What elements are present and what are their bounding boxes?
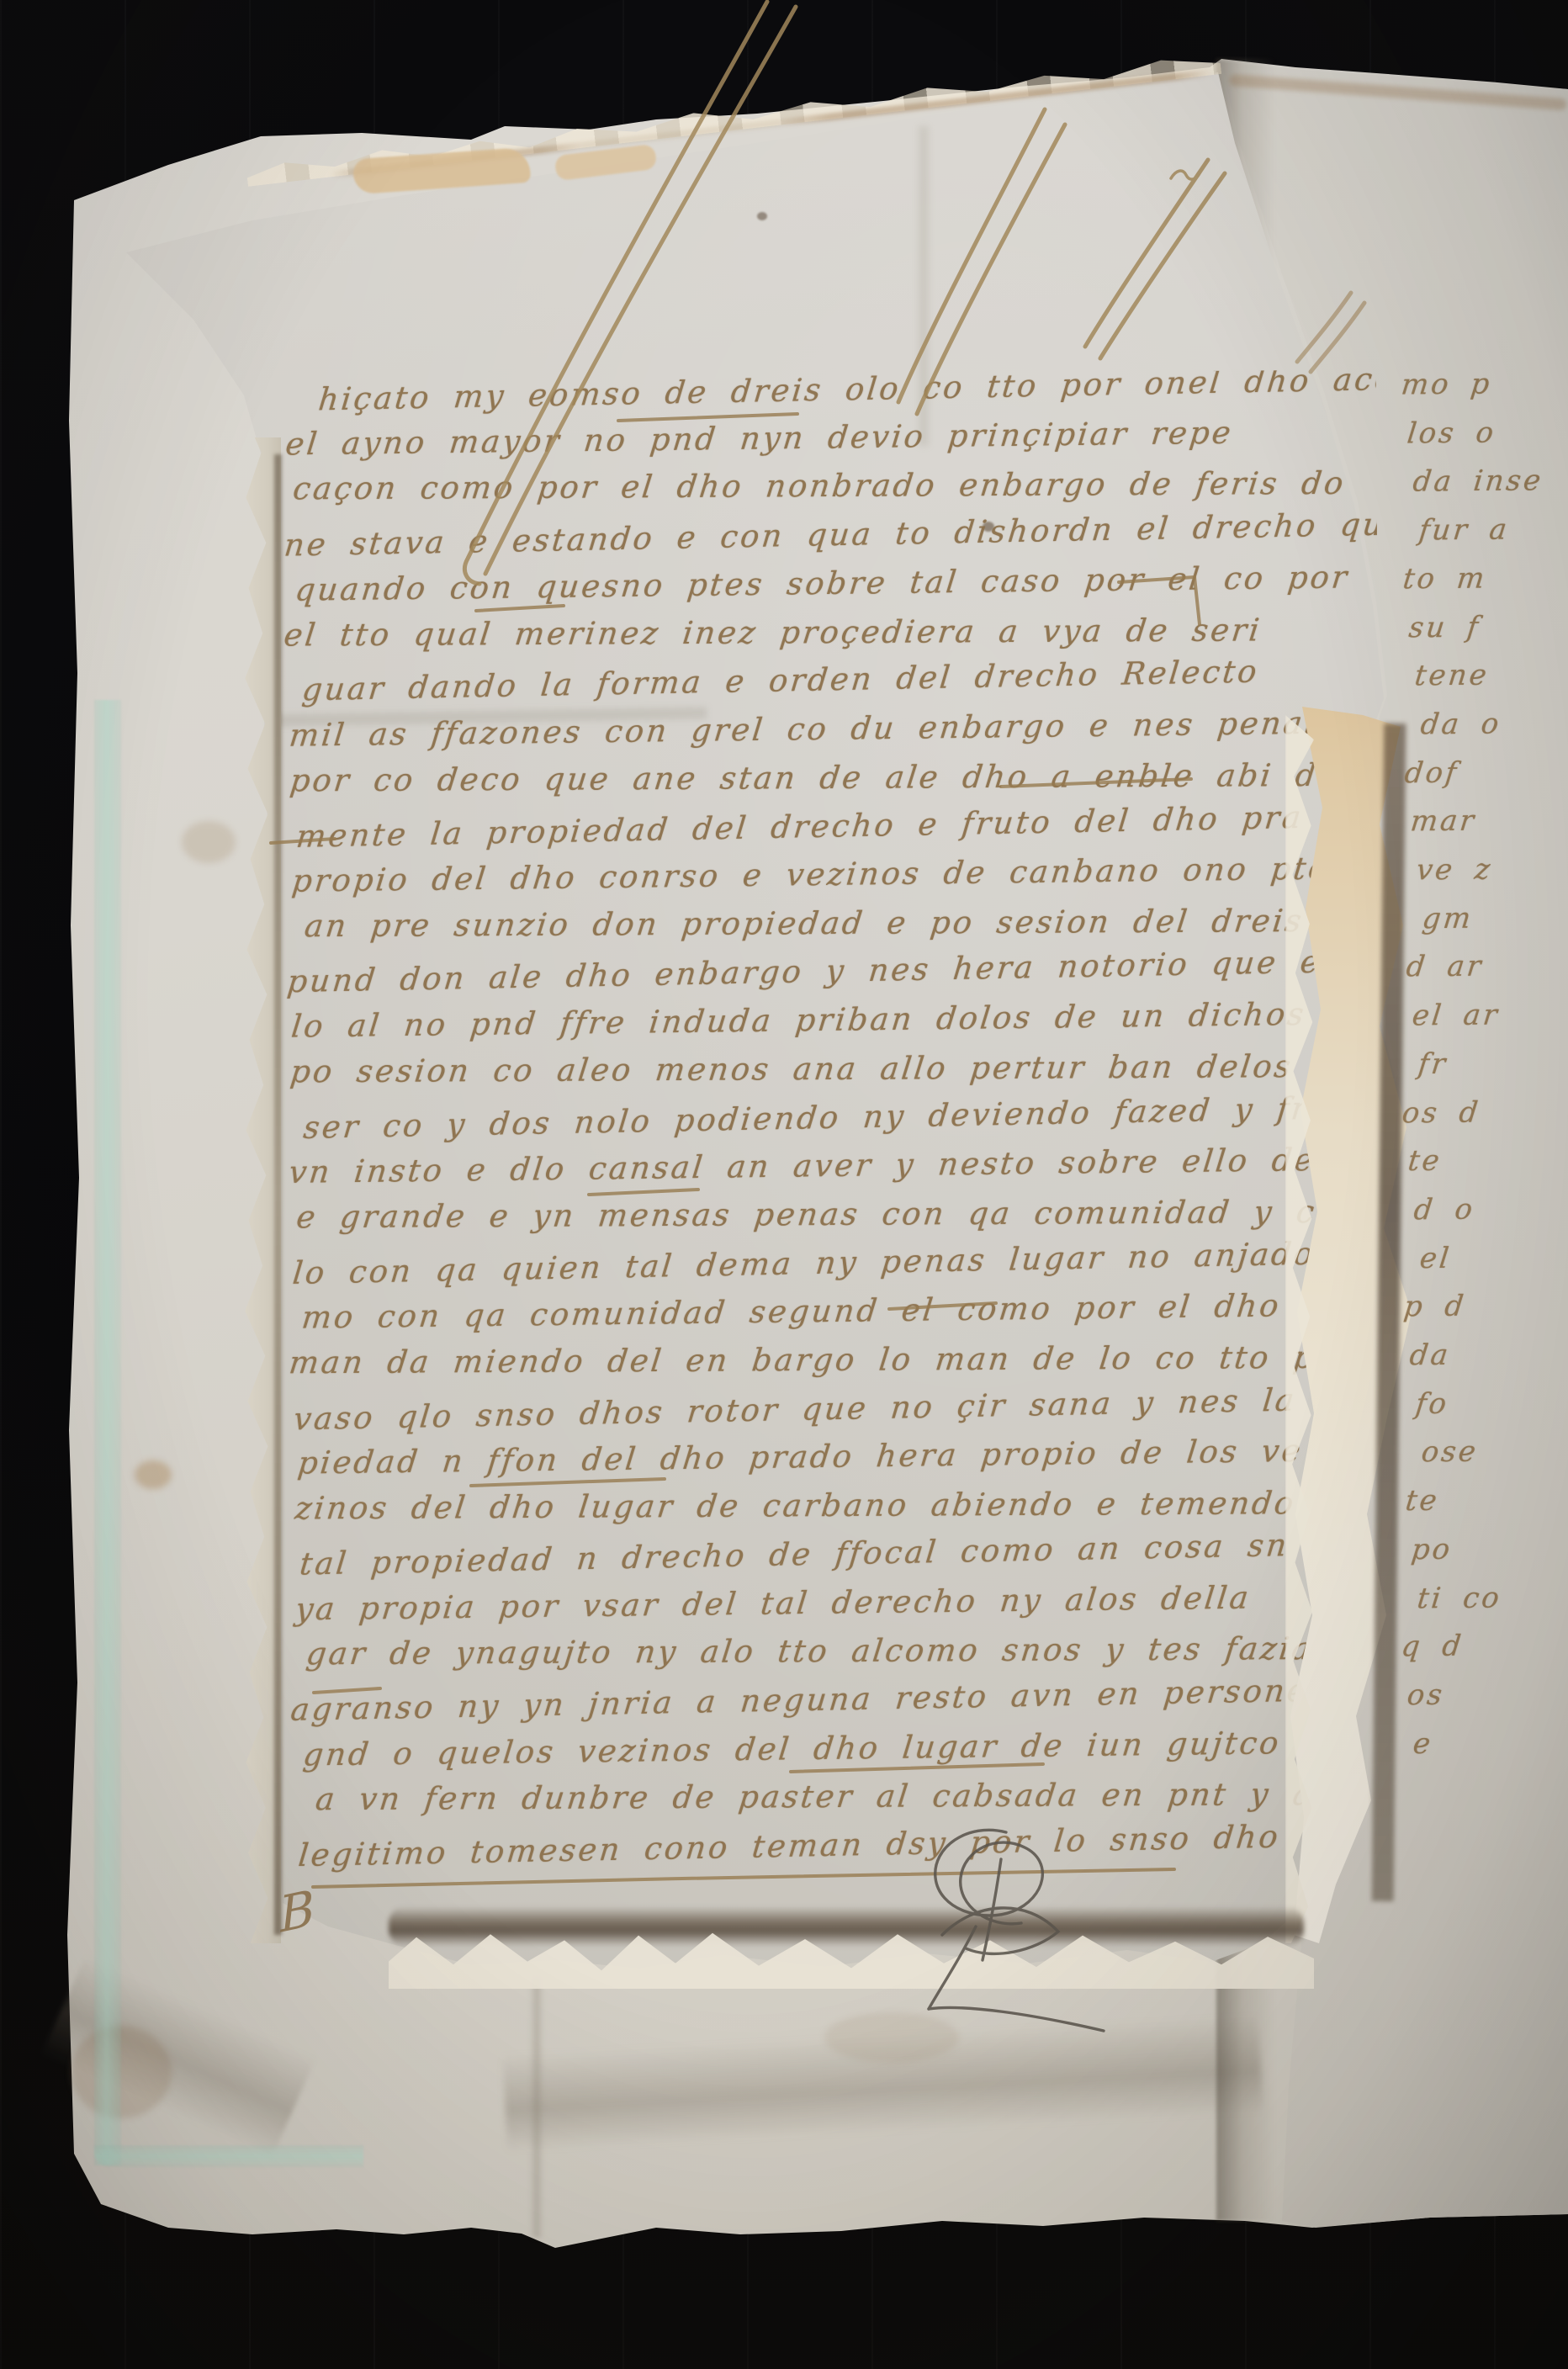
second-page-line: te <box>1406 1147 1444 1175</box>
second-page-line: el ar <box>1411 1001 1501 1031</box>
manuscript-line: gar de ynagujto ny alo tto alcomo snos y… <box>305 1633 1337 1669</box>
second-page-line: da o <box>1419 709 1502 739</box>
second-page-line: fur a <box>1417 516 1511 545</box>
second-page-line: los o <box>1406 418 1497 448</box>
manuscript-line: gnd o quelos vezinos del dho lugar de iu… <box>302 1727 1283 1770</box>
second-page-line: ti co <box>1416 1583 1503 1613</box>
manuscript-line: piedad n ffon del dho prado hera propio … <box>296 1435 1305 1479</box>
second-page-line: su f <box>1407 612 1482 642</box>
manuscript-line: pund don ale dho enbargo y nes hera noto… <box>286 946 1346 997</box>
closing-mark: B <box>278 1879 316 1943</box>
second-page-line: os d <box>1401 1098 1481 1127</box>
second-page-line: p d <box>1402 1292 1467 1322</box>
manuscript-line: mente la propiedad del drecho e fruto de… <box>295 799 1387 852</box>
manuscript-line: tal propiedad n drecho de ffocal como an… <box>299 1529 1290 1580</box>
second-page-line: tene <box>1413 661 1491 691</box>
tear-shadow <box>389 1906 1304 1947</box>
manuscript-line: man da miendo del en bargo lo man de lo … <box>288 1341 1387 1378</box>
second-page-text: mo plos oda insefur ato msu fteneda odof… <box>1401 370 1568 1868</box>
second-page-line: da inse <box>1412 467 1544 496</box>
manuscript-line: ser co y dos nolo podiendo ny deviendo f… <box>302 1092 1344 1143</box>
glass-plate-edge <box>94 700 121 2165</box>
manuscript-line: hiçato my eomso de dreis olo co tto por … <box>317 369 1386 415</box>
manuscript-line: ne stava e estando e con qua to dishordn… <box>283 508 1386 561</box>
second-page-line: el <box>1418 1243 1453 1272</box>
manuscript-line: caçon como por el dho nonbrado enbargo d… <box>291 468 1347 505</box>
second-page-line: q d <box>1401 1632 1465 1661</box>
stain <box>182 821 236 863</box>
manuscript-line: zinos del dho lugar de carbano abiendo e… <box>294 1487 1297 1524</box>
manuscript-line: propio del dho conrso e vezinos de canba… <box>290 853 1331 897</box>
manuscript-line: el ayno mayor no pnd nyn devio prinçipia… <box>284 416 1235 459</box>
second-page-line: fo <box>1414 1390 1450 1418</box>
second-page-line: po <box>1410 1535 1454 1564</box>
ink-speck <box>757 212 767 220</box>
manuscript-line: mil as ffazones con grel co du enbargo e… <box>288 708 1319 751</box>
second-page-line: te <box>1404 1487 1441 1515</box>
manuscript-line: mo con qa comunidad segund el como por e… <box>300 1290 1346 1333</box>
second-page-line: mar <box>1409 807 1478 836</box>
stain <box>71 2026 172 2118</box>
second-page-line: ose <box>1420 1438 1480 1467</box>
second-page-line: d o <box>1412 1195 1476 1225</box>
second-page-line: gm <box>1421 904 1475 933</box>
text-block: hiçato my eomso de dreis olo co tto por … <box>281 369 1387 1925</box>
manuscript-line: a vn fern dunbre de paster al cabsada en… <box>314 1778 1328 1815</box>
manuscript-line: lo al no pnd ffre induda priban dolos de… <box>290 999 1308 1042</box>
second-page-line: e <box>1412 1729 1434 1757</box>
second-page-line: fr <box>1417 1050 1449 1079</box>
manuscript-line: vaso qlo snso dhos rotor que no çir sana… <box>292 1382 1381 1434</box>
manuscript-line: agranso ny yn jnria a neguna resto avn e… <box>289 1675 1310 1725</box>
glass-plate-edge <box>94 2145 363 2167</box>
second-page-line: to m <box>1401 564 1488 593</box>
stain <box>824 2012 959 2063</box>
manuscript-line: ya propia por vsar del tal derecho ny al… <box>294 1582 1252 1624</box>
manuscript-line: quando con quesno ptes sobre tal caso po… <box>294 561 1351 605</box>
second-page-line: mo p <box>1401 370 1493 399</box>
manuscript-line: an pre sunzio don propiedad e po sesion … <box>303 904 1386 941</box>
second-page-line: da <box>1408 1341 1452 1370</box>
manuscript-line: vn insto e dlo cansal an aver y nesto so… <box>288 1143 1387 1188</box>
manuscript-line: lo con qa quien tal dema ny penas lugar … <box>291 1237 1316 1288</box>
second-page-line: os <box>1406 1681 1446 1709</box>
manuscript-photo: hiçato my eomso de dreis olo co tto por … <box>0 0 1568 2369</box>
manuscript-line: legitimo tomesen cono teman dsy por lo s… <box>297 1820 1346 1871</box>
manuscript-line: guar dando la forma e orden del drecho R… <box>300 656 1260 706</box>
second-page-line: ve z <box>1415 856 1494 885</box>
tear-shadow <box>274 454 282 1935</box>
stain <box>135 1460 172 1489</box>
manuscript-line: e grande e yn mensas penas con qa comuni… <box>295 1195 1387 1232</box>
second-page-line: d ar <box>1405 952 1485 982</box>
manuscript-line: po sesion co aleo menos ana allo pertur … <box>289 1050 1378 1087</box>
second-page-line: dof <box>1403 758 1460 787</box>
manuscript-line: el tto qual merinez inez proçediera a vy… <box>283 614 1263 650</box>
manuscript-line: por co deco que ane stan de ale dho a en… <box>289 759 1387 796</box>
